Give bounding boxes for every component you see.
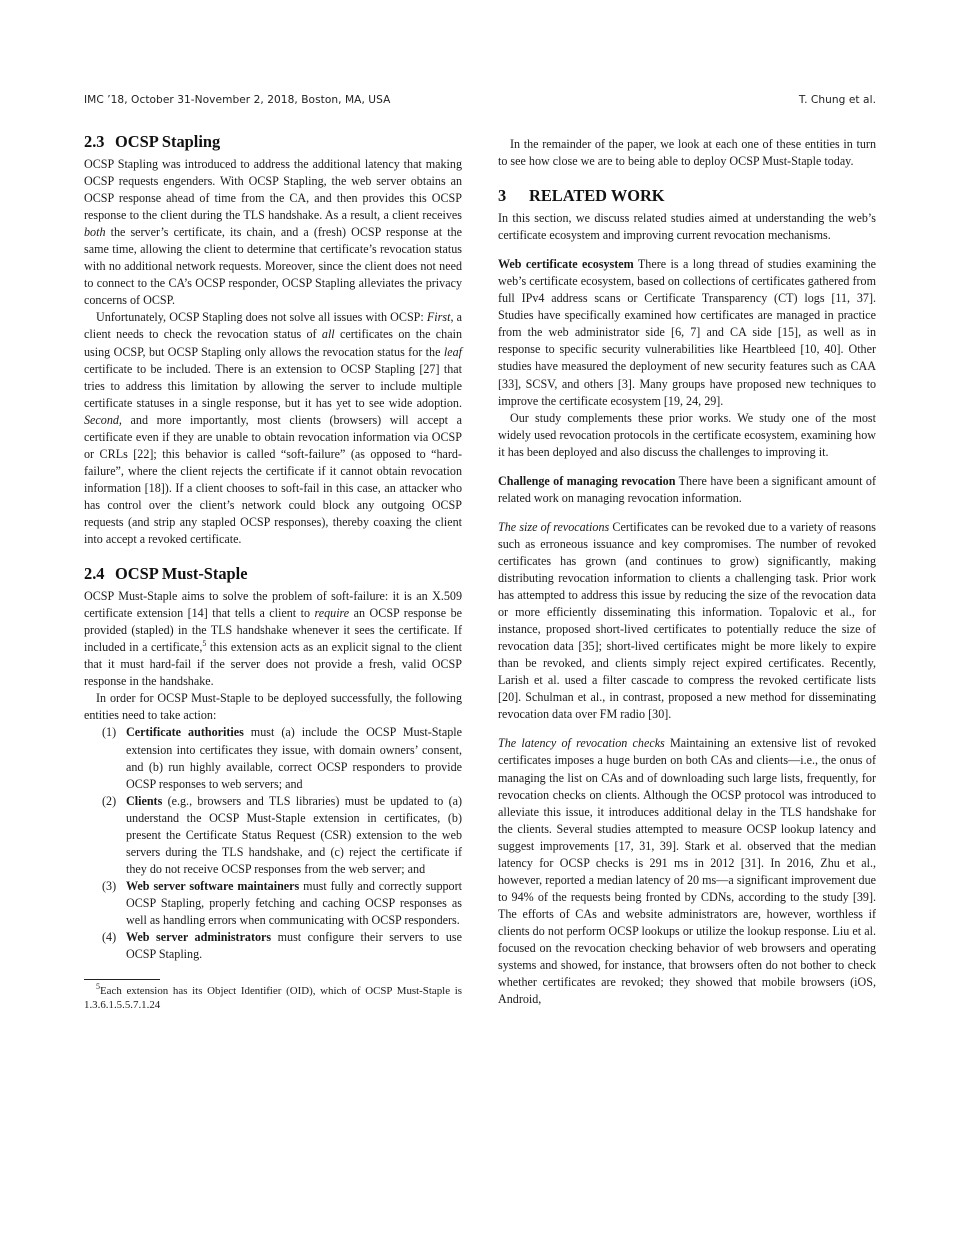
paragraph: Our study complements these prior works.… [498,410,876,461]
section-2-4-heading: 2.4OCSP Must-Staple [84,564,462,584]
list-item: (4)Web server administrators must config… [84,929,462,963]
paragraph: In the remainder of the paper, we look a… [498,136,876,170]
entities-list: (1)Certificate authorities must (a) incl… [84,724,462,963]
list-item: (3)Web server software maintainers must … [84,878,462,929]
spacer [498,461,876,473]
paragraph: OCSP Stapling was introduced to address … [84,156,462,309]
section-title: RELATED WORK [529,186,665,205]
section-number: 2.3 [84,132,115,152]
section-number: 3 [498,186,529,206]
left-column: 2.3OCSP Stapling OCSP Stapling was intro… [84,132,462,1012]
spacer [498,170,876,186]
spacer [498,723,876,735]
list-item: (2)Clients (e.g., browsers and TLS libra… [84,793,462,878]
venue-header: IMC ’18, October 31-November 2, 2018, Bo… [84,94,390,106]
section-3-heading: 3RELATED WORK [498,186,876,206]
paragraph-latency: The latency of revocation checks Maintai… [498,735,876,1008]
section-title: OCSP Stapling [115,132,220,151]
section-2-3-heading: 2.3OCSP Stapling [84,132,462,152]
running-head: IMC ’18, October 31-November 2, 2018, Bo… [84,94,876,108]
paragraph: In order for OCSP Must-Staple to be depl… [84,690,462,724]
section-number: 2.4 [84,564,115,584]
paragraph-web-certificate-ecosystem: Web certificate ecosystem There is a lon… [498,256,876,409]
spacer [498,244,876,256]
paragraph: OCSP Must-Staple aims to solve the probl… [84,588,462,690]
section-title: OCSP Must-Staple [115,564,248,583]
list-item: (1)Certificate authorities must (a) incl… [84,724,462,792]
paragraph: In this section, we discuss related stud… [498,210,876,244]
paragraph-size-of-revocations: The size of revocations Certificates can… [498,519,876,724]
footnote-divider [84,979,160,980]
spacer [498,507,876,519]
footnote: 5Each extension has its Object Identifie… [84,984,462,1012]
paragraph-challenge: Challenge of managing revocation There h… [498,473,876,507]
paragraph: Unfortunately, OCSP Stapling does not so… [84,309,462,548]
right-column: In the remainder of the paper, we look a… [498,136,876,1008]
spacer [84,548,462,564]
author-header: T. Chung et al. [799,94,876,106]
